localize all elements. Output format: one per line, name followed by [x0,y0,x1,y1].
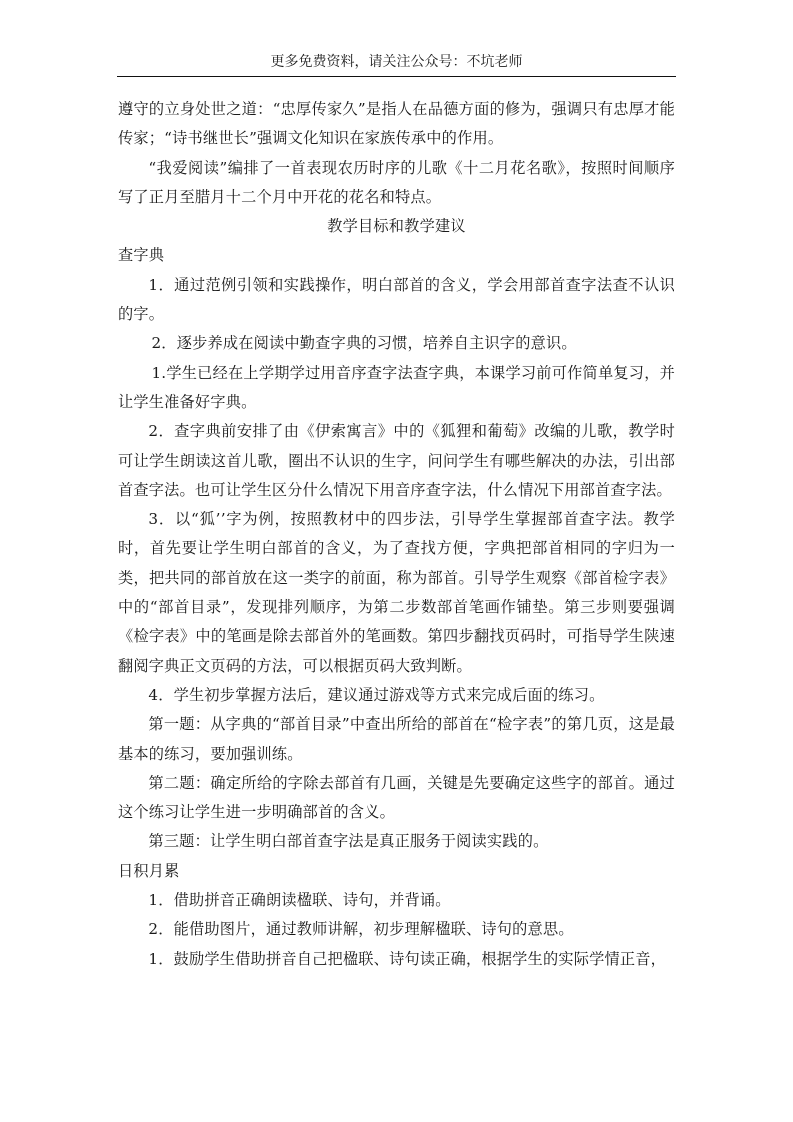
paragraph: 2．能借助图片，通过教师讲解，初步理解楹联、诗句的意思。 [118,915,675,944]
paragraph: 2．逐步养成在阅读中勤查字典的习惯，培养自主识字的意识。 [118,329,675,358]
paragraph: 1．通过范例引领和实践操作，明白部首的含义，学会用部首查字法查不认识的字。 [118,271,675,330]
paragraph: 2．查字典前安排了由《伊索寓言》中的《狐狸和葡萄》改编的儿歌，教学时可让学生朗读… [118,417,675,505]
paragraph: 4．学生初步掌握方法后，建议通过游戏等方式来完成后面的练习。 [118,681,675,710]
paragraph: 1．借助拼音正确朗读楹联、诗句，并背诵。 [118,886,675,915]
section-heading: 日积月累 [118,857,675,886]
page-header: 更多免费资料，请关注公众号：不坑老师 [117,52,676,77]
section-title: 教学目标和教学建议 [118,212,675,241]
paragraph: 第一题：从字典的“部首目录”中查出所给的部首在“检字表”的第几页，这是最基本的练… [118,710,675,769]
section-heading: 查字典 [118,241,675,270]
paragraph: 遵守的立身处世之道：“忠厚传家久”是指人在品德方面的修为，强调只有忠厚才能传家；… [118,95,675,154]
paragraph: 3．以“狐’’字为例，按照教材中的四步法，引导学生掌握部首查字法。教学时，首先要… [118,505,675,681]
header-text: 更多免费资料，请关注公众号：不坑老师 [271,54,523,70]
paragraph: “我爱阅读”编排了一首表现农历时序的儿歌《十二月花名歌》，按照时间顺序写了正月至… [118,154,675,213]
paragraph: 1.学生已经在上学期学过用音序查字法查字典，本课学习前可作简单复习，并让学生准备… [118,359,675,418]
paragraph: 第三题：让学生明白部首查字法是真正服务于阅读实践的。 [118,827,675,856]
document-body: 遵守的立身处世之道：“忠厚传家久”是指人在品德方面的修为，强调只有忠厚才能传家；… [118,95,675,974]
paragraph: 1．鼓励学生借助拼音自己把楹联、诗句读正确，根据学生的实际学情正音， [118,945,675,974]
paragraph: 第二题：确定所给的字除去部首有几画，关键是先要确定这些字的部首。通过这个练习让学… [118,769,675,828]
